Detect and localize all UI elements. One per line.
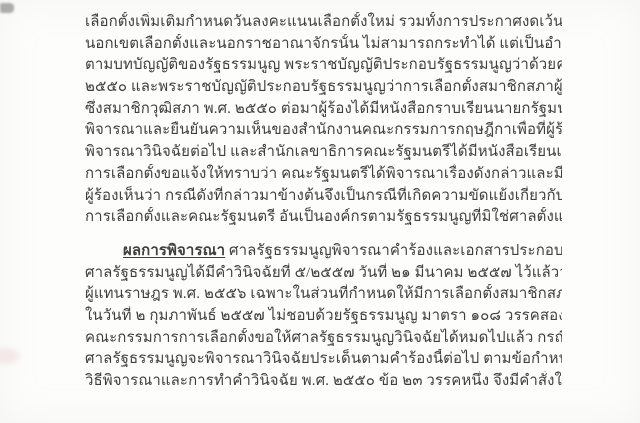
text-line: นอกเขตเลือกตั้งและนอกราชอาณาจักรนั้น ไม่…	[85, 34, 562, 56]
paragraph-2: ผลการพิจารณา ศาลรัฐธรรมนูญพิจารณาคำร้องแ…	[85, 241, 562, 393]
text-line: ตามบทบัญญัติของรัฐธรรมนูญ พระราชบัญญัติป…	[85, 55, 562, 77]
text-line: ซึ่งสมาชิกวุฒิสภา พ.ศ. ๒๕๕๐ ต่อมาผู้ร้อง…	[85, 99, 562, 121]
text-line: พิจารณาและยืนยันความเห็นของสำนักงานคณะกร…	[85, 120, 562, 142]
scan-smudge-top-left	[0, 3, 14, 13]
text-line: ในวันที่ ๒ กุมภาพันธ์ ๒๕๕๗ ไม่ชอบด้วยรัฐ…	[85, 306, 562, 328]
paragraph-1: เลือกตั้งเพิ่มเติมกำหนดวันลงคะแนนเลือกตั…	[85, 12, 562, 229]
result-heading-rest: ศาลรัฐธรรมนูญพิจารณาคำร้องและเอกสารประกอ…	[225, 243, 562, 259]
text-line: พิจารณาวินิจฉัยต่อไป และสำนักเลขาธิการคณ…	[85, 142, 562, 164]
text-line: เลือกตั้งเพิ่มเติมกำหนดวันลงคะแนนเลือกตั…	[85, 12, 562, 34]
document-text: เลือกตั้งเพิ่มเติมกำหนดวันลงคะแนนเลือกตั…	[85, 12, 562, 393]
text-line: ผลการพิจารณา ศาลรัฐธรรมนูญพิจารณาคำร้องแ…	[85, 241, 562, 263]
text-line: ศาลรัฐธรรมนูญจะพิจารณาวินิจฉัยประเด็นตาม…	[85, 349, 562, 371]
text-line: การเลือกตั้งขอแจ้งให้ทราบว่า คณะรัฐมนตรี…	[85, 164, 562, 186]
text-line: ศาลรัฐธรรมนูญได้มีคำวินิจฉัยที่ ๕/๒๕๕๗ ว…	[85, 263, 562, 285]
text-line: ผู้ร้องเห็นว่า กรณีดังที่กล่าวมาข้างต้นจ…	[85, 186, 562, 208]
text-line: คณะกรรมการการเลือกตั้งขอให้ศาลรัฐธรรมนูญ…	[85, 328, 562, 350]
scan-smudge-left-edge	[0, 348, 20, 364]
text-line: การเลือกตั้งและคณะรัฐมนตรี อันเป็นองค์กร…	[85, 207, 562, 229]
result-heading: ผลการพิจารณา	[123, 243, 225, 259]
text-line: ๒๕๕๐ และพระราชบัญญัติประกอบรัฐธรรมนูญว่า…	[85, 77, 562, 99]
document-page: เลือกตั้งเพิ่มเติมกำหนดวันลงคะแนนเลือกตั…	[0, 0, 640, 423]
text-line: ผู้แทนราษฎร พ.ศ. ๒๕๕๖ เฉพาะในส่วนที่กำหน…	[85, 284, 562, 306]
text-line: วิธีพิจารณาและการทำคำวินิจฉัย พ.ศ. ๒๕๕๐ …	[85, 371, 562, 393]
